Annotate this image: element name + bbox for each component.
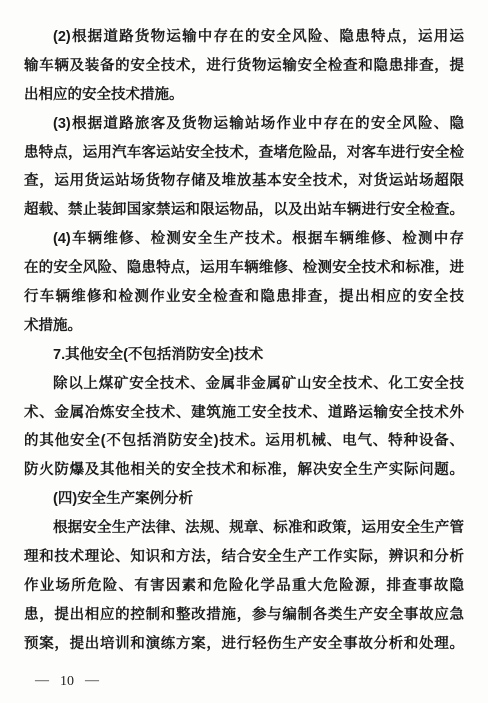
- text-line: 根据安全生产法律、法规、规章、标准和政策，运用安全生产管: [24, 514, 464, 543]
- text-line: 行车辆维修和检测作业安全检查和隐患排查，提出相应的安全技: [24, 283, 464, 312]
- text-line: 查，运用货运站场货物存储及堆放基本安全技术，对货运站场超限: [24, 167, 464, 196]
- text-line: 作业场所危险、有害因素和危险化学品重大危险源，排查事故隐: [24, 572, 464, 601]
- text-line: 的其他安全(不包括消防安全)技术。运用机械、电气、特种设备、: [24, 427, 464, 456]
- text-line: 在的安全风险、隐患特点，运用车辆维修、检测安全技术和标准，进: [24, 254, 464, 283]
- text-line: 预案，提出培训和演练方案，进行轻伤生产安全事故分析和处理。: [24, 630, 464, 659]
- text-line: 除以上煤矿安全技术、金属非金属矿山安全技术、化工安全技: [24, 370, 464, 399]
- text-line: 患特点，运用汽车客运站安全技术，查堵危险品，对客车进行安全检: [24, 139, 464, 168]
- text-line: 术、金属冶炼安全技术、建筑施工安全技术、道路运输安全技术外: [24, 399, 464, 428]
- text-line: 输车辆及装备的安全技术，进行货物运输安全检查和隐患排查，提: [24, 52, 464, 81]
- text-line: 理和技术理论、知识和方法，结合安全生产工作实际，辨识和分析: [24, 543, 464, 572]
- text-line: (4)车辆维修、检测安全生产技术。根据车辆维修、检测中存: [24, 225, 464, 254]
- text-line: 术措施。: [24, 312, 464, 341]
- text-line: (3)根据道路旅客及货物运输站场作业中存在的安全风险、隐: [24, 110, 464, 139]
- text-line: 出相应的安全技术措施。: [24, 81, 464, 110]
- text-line: (2)根据道路货物运输中存在的安全风险、隐患特点，运用运: [24, 23, 464, 52]
- section-heading: (四)安全生产案例分析: [24, 485, 464, 514]
- section-heading: 7.其他安全(不包括消防安全)技术: [24, 341, 464, 370]
- text-line: 超载、禁止装卸国家禁运和限运物品，以及出站车辆进行安全检查。: [24, 196, 464, 225]
- footer-dash-left: —: [35, 673, 49, 689]
- text-line: 患，提出相应的控制和整改措施，参与编制各类生产安全事故应急: [24, 601, 464, 630]
- text-line: 防火防爆及其他相关的安全技术和标准，解决安全生产实际问题。: [24, 456, 464, 485]
- footer-dash-right: —: [85, 673, 99, 689]
- document-page: (2)根据道路货物运输中存在的安全风险、隐患特点，运用运 输车辆及装备的安全技术…: [0, 0, 488, 703]
- page-footer: — 10 —: [35, 673, 99, 691]
- page-number: 10: [60, 674, 74, 690]
- text-block: (2)根据道路货物运输中存在的安全风险、隐患特点，运用运 输车辆及装备的安全技术…: [24, 23, 464, 659]
